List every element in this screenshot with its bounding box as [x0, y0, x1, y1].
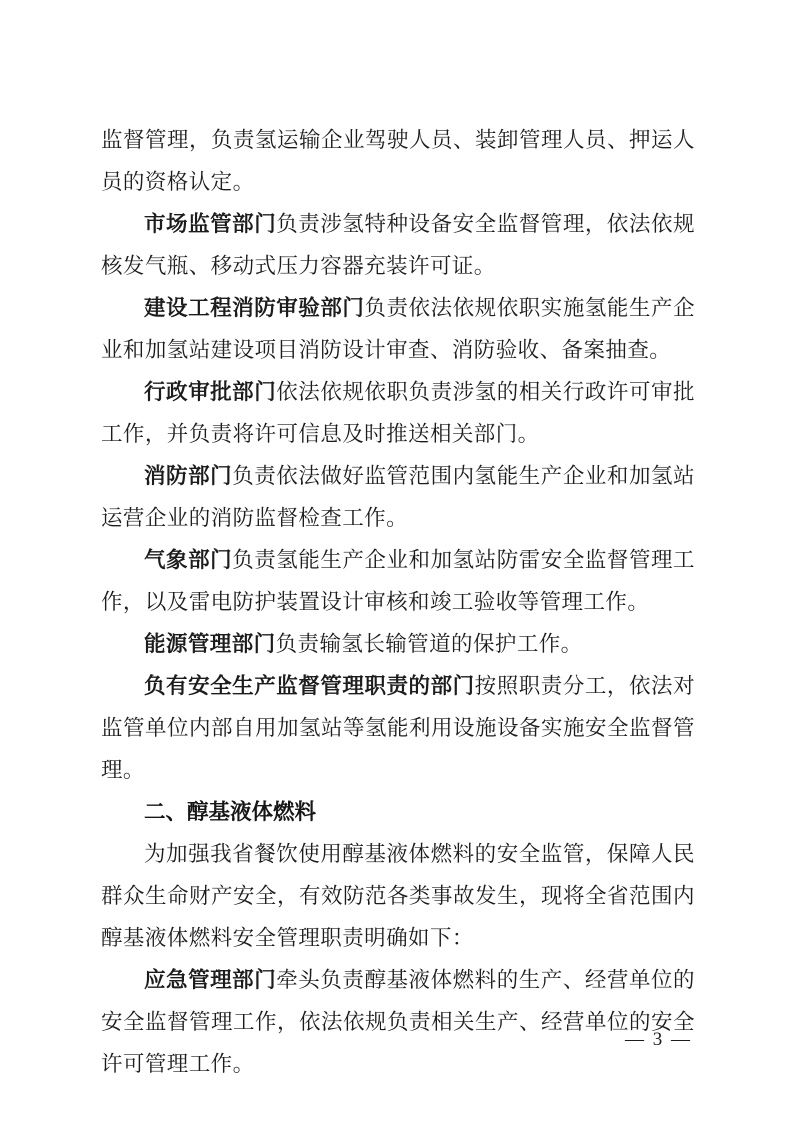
paragraph: 市场监管部门负责涉氢特种设备安全监督管理，依法依规核发气瓶、移动式压力容器充装许…	[101, 203, 695, 287]
paragraph-lead: 能源管理部门	[144, 632, 276, 656]
paragraph-lead: 行政审批部门	[144, 380, 276, 404]
paragraph-continuation: 监督管理，负责氢运输企业驾驶人员、装卸管理人员、押运人员的资格认定。	[101, 119, 695, 203]
paragraph: 气象部门负责氢能生产企业和加氢站防雷安全监督管理工作，以及雷电防护装置设计审核和…	[101, 539, 695, 623]
paragraph-lead: 市场监管部门	[144, 212, 276, 236]
paragraph-lead: 建设工程消防审验部门	[144, 296, 364, 320]
section-heading-methanol: 二、醇基液体燃料	[101, 791, 695, 833]
paragraph: 行政审批部门依法依规依职负责涉氢的相关行政许可审批工作，并负责将许可信息及时推送…	[101, 371, 695, 455]
document-page: 监督管理，负责氢运输企业驾驶人员、装卸管理人员、押运人员的资格认定。 市场监管部…	[0, 0, 794, 1123]
paragraph-lead: 应急管理部门	[144, 968, 276, 992]
page-number: — 3 —	[625, 1026, 692, 1054]
paragraph: 建设工程消防审验部门负责依法依规依职实施氢能生产企业和加氢站建设项目消防设计审查…	[101, 287, 695, 371]
paragraph: 能源管理部门负责输氢长输管道的保护工作。	[101, 623, 695, 665]
paragraph-lead: 气象部门	[144, 548, 232, 572]
paragraph-lead: 负有安全生产监督管理职责的部门	[144, 674, 475, 698]
paragraph-text: 监督管理，负责氢运输企业驾驶人员、装卸管理人员、押运人员的资格认定。	[101, 128, 695, 194]
paragraph-text: 为加强我省餐饮使用醇基液体燃料的安全监管，保障人民群众生命财产安全，有效防范各类…	[101, 842, 695, 950]
paragraph-text: 负责输氢长输管道的保护工作。	[276, 632, 583, 656]
paragraph-lead: 消防部门	[144, 464, 232, 488]
paragraph-methanol-intro: 为加强我省餐饮使用醇基液体燃料的安全监管，保障人民群众生命财产安全，有效防范各类…	[101, 833, 695, 959]
paragraph: 消防部门负责依法做好监管范围内氢能生产企业和加氢站运营企业的消防监督检查工作。	[101, 455, 695, 539]
paragraph: 应急管理部门牵头负责醇基液体燃料的生产、经营单位的安全监督管理工作，依法依规负责…	[101, 959, 695, 1085]
document-body: 监督管理，负责氢运输企业驾驶人员、装卸管理人员、押运人员的资格认定。 市场监管部…	[101, 119, 695, 1085]
paragraph: 负有安全生产监督管理职责的部门按照职责分工，依法对监管单位内部自用加氢站等氢能利…	[101, 665, 695, 791]
